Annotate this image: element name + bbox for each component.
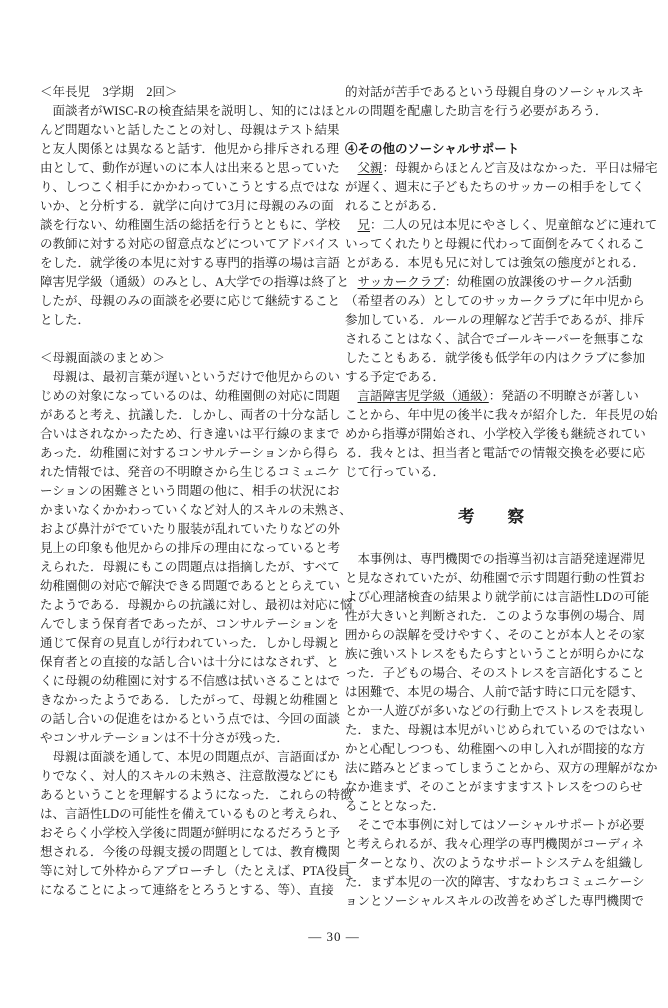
text-line: いってくれたりと母親に代わって面倒をみてくれるこ — [345, 235, 637, 254]
text-segment: った．子どもの場合、そのストレスを言語化すること — [345, 666, 645, 680]
text-segment: ョンとソーシャルスキルの改善をめざした専門機関で — [345, 894, 644, 908]
text-line: および鼻汁がでていたり服装が乱れていたりなどの外 — [40, 520, 334, 539]
section-header-hahaoya-mendan: ＜母親面談のまとめ＞ — [40, 349, 334, 368]
left-column: ＜年長児 3学期 2回＞ 面談者がWISC-Rの検査結果を説明し、知的にはほとん… — [40, 83, 334, 900]
text-line: 参加している．ルールの理解など苦手であるが、排斥 — [345, 311, 637, 330]
text-line: の教師に対する対応の留意点などについてアドバイス — [40, 235, 334, 254]
underlined-term: 兄 — [358, 218, 371, 232]
text-line: かまいなくかかわっていくなど対人的スキルの未熟さ、 — [40, 501, 334, 520]
text-segment: ることとなった． — [345, 799, 445, 813]
text-line: 保育者との直接的な話し合いは十分にはなされず、と — [40, 653, 334, 672]
text-line: 法に踏みとどまってしまうことから、双方の理解がなか — [345, 759, 637, 778]
text-segment: かと心配しつつも、幼稚園への申し入れが間接的な方 — [345, 742, 645, 756]
text-line: とした． — [40, 311, 334, 330]
text-line: （希望者のみ）としてのサッカークラブに年中児から — [345, 292, 637, 311]
text-line: の話し合いの促進をはかるという点では、今回の面談 — [40, 710, 334, 729]
page-number: — 30 — — [0, 929, 668, 945]
text-line: したが、母親のみの面談を必要に応じて継続すること — [40, 292, 334, 311]
text-segment: が遅く、週末に子どもたちのサッカーの相手をしてく — [345, 180, 645, 194]
text-segment: をした．就学後の本児に対する専門的指導の場は言語 — [40, 256, 340, 270]
text-line: 想される．今後の母親支援の問題としては、教育機関 — [40, 843, 334, 862]
text-line: ョンとソーシャルスキルの改善をめざした専門機関で — [345, 892, 637, 911]
text-segment: になることによって連絡をとろうとする、等）、直接 — [40, 883, 334, 897]
text-segment: り、しつこく相手にかかわっていこうとする点ではな — [40, 180, 340, 194]
text-line: 囲からの誤解を受けやすく、そのことが本人とその家 — [345, 626, 637, 645]
text-segment: ＜年長児 3学期 2回＞ — [40, 85, 178, 99]
text-line: と見なされていたが、幼稚園で示す問題行動の性質お — [345, 569, 637, 588]
blank-line — [345, 121, 637, 140]
text-line: たようである．母親からの抗議に対し、最初は対応に悩 — [40, 596, 334, 615]
text-line: た．また、母親は本児がいじめられているのではない — [345, 721, 637, 740]
text-segment: なか進まず、そのことがますますストレスをつのらせ — [345, 780, 643, 794]
text-segment: 母親は面談を通して、本児の問題点が、言語面ばか — [40, 750, 340, 764]
text-segment: 面談者がWISC-Rの検査結果を説明し、知的にはほと — [40, 104, 346, 118]
text-line: あるということを理解するようになった．これらの特徴 — [40, 786, 334, 805]
text-line: やコンサルテーションは不十分さが残った． — [40, 729, 334, 748]
text-segment: ルの問題を配慮した助言を行う必要があろう． — [345, 104, 608, 118]
text-segment: ：二人の兄は本児にやさしく、児童館などに連れて — [370, 218, 657, 232]
text-line: 等に対して外枠からアプローチし（たとえば、PTA役員 — [40, 862, 334, 881]
blank-line — [345, 482, 637, 501]
text-segment: と見なされていたが、幼稚園で示す問題行動の性質お — [345, 571, 645, 585]
text-segment: ：母親からほとんど言及はなかった．平日は帰宅 — [383, 161, 658, 175]
right-column: 的対話が苦手であるという母親自身のソーシャルスキルの問題を配慮した助言を行う必要… — [345, 83, 637, 911]
text-line: とか一人遊びが多いなどの行動上でストレスを表現し — [345, 702, 637, 721]
text-segment: したこともある．就学後も低学年の内はクラブに参加 — [345, 351, 645, 365]
text-segment: の話し合いの促進をはかるという点では、今回の面談 — [40, 712, 340, 726]
text-line: する予定である． — [345, 368, 637, 387]
text-segment: ＜母親面談のまとめ＞ — [40, 351, 165, 365]
text-line: 本事例は、専門機関での指導当初は言語発達遅滞児 — [345, 550, 637, 569]
text-segment: んど問題ないと話したことの対し、母親はテスト結果 — [40, 123, 340, 137]
text-line: そこで本事例に対してはソーシャルサポートが必要 — [345, 816, 637, 835]
text-segment: 本事例は、専門機関での指導当初は言語発達遅滞児 — [345, 552, 645, 566]
text-segment: んでしまう保育者であったが、コンサルテーションを — [40, 617, 339, 631]
text-line: をした．就学後の本児に対する専門的指導の場は言語 — [40, 254, 334, 273]
text-segment: したが、母親のみの面談を必要に応じて継続すること — [40, 294, 340, 308]
text-line: めから指導が開始され、小学校入学後も継続されてい — [345, 425, 637, 444]
text-segment: されることはなく、試合でゴールキーパーを無事こな — [345, 332, 644, 346]
text-segment: あるということを理解するようになった．これらの特徴 — [40, 788, 353, 802]
text-segment: 由として、動作が遅いのに本人は出来ると思っていた — [40, 161, 340, 175]
text-line: った．子どもの場合、そのストレスを言語化すること — [345, 664, 637, 683]
text-segment: 母親は、最初言葉が遅いというだけで他児からのい — [40, 370, 340, 384]
blank-line — [40, 330, 334, 349]
text-segment: とした． — [40, 313, 90, 327]
text-line: 合いはされなかったため、行き違いは平行線のままで — [40, 425, 334, 444]
text-segment: やコンサルテーションは不十分さが残った． — [40, 731, 289, 745]
text-segment: とか一人遊びが多いなどの行動上でストレスを表現し — [345, 704, 645, 718]
text-segment: ④その他のソーシャルサポート — [345, 142, 519, 156]
text-segment: 等に対して外枠からアプローチし（たとえば、PTA役員 — [40, 864, 350, 878]
text-segment: る．我々とは、担当者と電話での情報交換を必要に応 — [345, 446, 645, 460]
text-segment: 囲からの誤解を受けやすく、そのことが本人とその家 — [345, 628, 645, 642]
text-segment: れた情報では、発音の不明瞭さから生じるコミュニケ — [40, 465, 340, 479]
text-line: 幼稚園側の対応で解決できる問題であるととらえてい — [40, 577, 334, 596]
text-line: おそらく小学校入学後に問題が鮮明になるだろうと予 — [40, 824, 334, 843]
text-segment: とがある．本児も兄に対しては強気の態度がとれる． — [345, 256, 645, 270]
text-line: くに母親の幼稚園に対する不信感は拭いさることはで — [40, 672, 334, 691]
text-line: んでしまう保育者であったが、コンサルテーションを — [40, 615, 334, 634]
document-page: ＜年長児 3学期 2回＞ 面談者がWISC-Rの検査結果を説明し、知的にはほとん… — [0, 0, 668, 1008]
text-segment: じて行っている． — [345, 465, 445, 479]
text-line: じて行っている． — [345, 463, 637, 482]
text-segment: する予定である． — [345, 370, 445, 384]
text-segment: くに母親の幼稚園に対する不信感は拭いさることはで — [40, 674, 340, 688]
text-line: と考えられるが、我々心理学の専門機関がコーディネ — [345, 835, 637, 854]
heading-kousatsu: 考 察 — [345, 505, 637, 529]
text-line: したこともある．就学後も低学年の内はクラブに参加 — [345, 349, 637, 368]
text-segment: 保育者との直接的な話し合いは十分にはなされず、と — [40, 655, 339, 669]
text-line: よび心理諸検査の結果より就学前には言語性LDの可能 — [345, 588, 637, 607]
text-line: 面談者がWISC-Rの検査結果を説明し、知的にはほと — [40, 102, 334, 121]
text-segment: 参加している．ルールの理解など苦手であるが、排斥 — [345, 313, 645, 327]
text-line: る．我々とは、担当者と電話での情報交換を必要に応 — [345, 444, 637, 463]
text-line: があると考え、抗議した．しかし、両者の十分な話し — [40, 406, 334, 425]
text-segment: いってくれたりと母親に代わって面倒をみてくれるこ — [345, 237, 645, 251]
text-segment: おそらく小学校入学後に問題が鮮明になるだろうと予 — [40, 826, 340, 840]
text-segment: かまいなくかかわっていくなど対人的スキルの未熟さ、 — [40, 503, 352, 517]
text-line: 母親は面談を通して、本児の問題点が、言語面ばか — [40, 748, 334, 767]
text-line: 見上の印象も他児からの排斥の理由になっていると考 — [40, 539, 334, 558]
text-segment: りでなく、対人的スキルの未熟さ、注意散漫などにも — [40, 769, 339, 783]
text-line: ーションの困難さという問題の他に、相手の状況にお — [40, 482, 334, 501]
text-line: なか進まず、そのことがますますストレスをつのらせ — [345, 778, 637, 797]
text-line: えられた．母親にもこの問題点は指摘したが、すべて — [40, 558, 334, 577]
text-segment: 見上の印象も他児からの排斥の理由になっていると考 — [40, 541, 340, 555]
text-line: は、言語性LDの可能性を備えているものと考えられ、 — [40, 805, 334, 824]
text-segment: 談を行ない、幼稚園生活の総括を行うとともに、学校 — [40, 218, 340, 232]
text-segment: よび心理諸検査の結果より就学前には言語性LDの可能 — [345, 590, 649, 604]
text-segment: および鼻汁がでていたり服装が乱れていたりなどの外 — [40, 522, 340, 536]
text-line: 通じて保育の見直しが行われていった．しかし母親と — [40, 634, 334, 653]
text-line: かと心配しつつも、幼稚園への申し入れが間接的な方 — [345, 740, 637, 759]
text-segment: じめの対象になっているのは、幼稚園側の対応に問題 — [40, 389, 340, 403]
text-line: た．まず本児の一次的障害、すなわちコミュニケーシ — [345, 873, 637, 892]
text-segment: と考えられるが、我々心理学の専門機関がコーディネ — [345, 837, 644, 851]
text-line: 兄：二人の兄は本児にやさしく、児童館などに連れて — [345, 216, 637, 235]
text-segment: は困難で、本児の場合、人前で話す時に口元を隠す、 — [345, 685, 644, 699]
text-line: ーターとなり、次のようなサポートシステムを組織し — [345, 854, 637, 873]
text-segment: 的対話が苦手であるという母親自身のソーシャルスキ — [345, 85, 644, 99]
text-line: ルの問題を配慮した助言を行う必要があろう． — [345, 102, 637, 121]
text-line: れた情報では、発音の不明瞭さから生じるコミュニケ — [40, 463, 334, 482]
text-line: きなかったようである．したがって、母親と幼稚園と — [40, 691, 334, 710]
underlined-term: 父親 — [358, 161, 383, 175]
text-line: いか、と分析する．就学に向けて3月に母親のみの面 — [40, 197, 334, 216]
text-line: サッカークラブ：幼稚園の放課後のサークル活動 — [345, 273, 637, 292]
text-segment: は、言語性LDの可能性を備えているものと考えられ、 — [40, 807, 345, 821]
text-segment: 合いはされなかったため、行き違いは平行線のままで — [40, 427, 340, 441]
text-line: じめの対象になっているのは、幼稚園側の対応に問題 — [40, 387, 334, 406]
text-segment: ーションの困難さという問題の他に、相手の状況にお — [40, 484, 340, 498]
text-segment: 性が大きいと判断された．このような事例の場合、周 — [345, 609, 645, 623]
text-line: 性が大きいと判断された．このような事例の場合、周 — [345, 607, 637, 626]
text-segment: ：発語の不明瞭さが著しい — [489, 389, 639, 403]
text-line: は困難で、本児の場合、人前で話す時に口元を隠す、 — [345, 683, 637, 702]
blank-line — [345, 531, 637, 550]
text-segment: 通じて保育の見直しが行われていった．しかし母親と — [40, 636, 340, 650]
text-line: りでなく、対人的スキルの未熟さ、注意散漫などにも — [40, 767, 334, 786]
text-segment: ことから、年中児の後半に我々が紹介した．年長児の始 — [345, 408, 658, 422]
text-line: ることとなった． — [345, 797, 637, 816]
section-header-nenchoji: ＜年長児 3学期 2回＞ — [40, 83, 334, 102]
text-segment: 考 察 — [458, 507, 524, 526]
text-line: 言語障害児学級（通級）：発語の不明瞭さが著しい — [345, 387, 637, 406]
text-line: が遅く、週末に子どもたちのサッカーの相手をしてく — [345, 178, 637, 197]
text-segment: （希望者のみ）としてのサッカークラブに年中児から — [345, 294, 645, 308]
text-line: 母親は、最初言葉が遅いというだけで他児からのい — [40, 368, 334, 387]
text-segment: たようである．母親からの抗議に対し、最初は対応に悩 — [40, 598, 353, 612]
text-line: 父親：母親からほとんど言及はなかった．平日は帰宅 — [345, 159, 637, 178]
text-segment: えられた．母親にもこの問題点は指摘したが、すべて — [40, 560, 340, 574]
text-line: 族に強いストレスをもたらすということが明らかにな — [345, 645, 637, 664]
text-line: んど問題ないと話したことの対し、母親はテスト結果 — [40, 121, 334, 140]
subsection-heading-social-support: ④その他のソーシャルサポート — [345, 140, 637, 159]
text-line: り、しつこく相手にかかわっていこうとする点ではな — [40, 178, 334, 197]
text-line: 的対話が苦手であるという母親自身のソーシャルスキ — [345, 83, 637, 102]
text-line: 障害児学級（通級）のみとし、A大学での指導は終了と — [40, 273, 334, 292]
text-line: ことから、年中児の後半に我々が紹介した．年長児の始 — [345, 406, 637, 425]
text-line: とがある．本児も兄に対しては強気の態度がとれる． — [345, 254, 637, 273]
underlined-term: サッカークラブ — [358, 275, 445, 289]
text-segment: と友人関係とは異なると話す．他児から排斥される理 — [40, 142, 339, 156]
text-line: されることはなく、試合でゴールキーパーを無事こな — [345, 330, 637, 349]
text-segment: 幼稚園側の対応で解決できる問題であるととらえてい — [40, 579, 340, 593]
text-segment — [345, 161, 358, 175]
text-segment: 法に踏みとどまってしまうことから、双方の理解がなか — [345, 761, 658, 775]
text-segment: いか、と分析する．就学に向けて3月に母親のみの面 — [40, 199, 334, 213]
text-segment: そこで本事例に対してはソーシャルサポートが必要 — [345, 818, 645, 832]
text-line: 談を行ない、幼稚園生活の総括を行うとともに、学校 — [40, 216, 334, 235]
text-line: 由として、動作が遅いのに本人は出来ると思っていた — [40, 159, 334, 178]
text-segment: めから指導が開始され、小学校入学後も継続されてい — [345, 427, 646, 441]
text-segment: た．また、母親は本児がいじめられているのではない — [345, 723, 645, 737]
text-line: になることによって連絡をとろうとする、等）、直接 — [40, 881, 334, 900]
text-segment: の教師に対する対応の留意点などについてアドバイス — [40, 237, 339, 251]
text-segment: きなかったようである．したがって、母親と幼稚園と — [40, 693, 340, 707]
text-line: と友人関係とは異なると話す．他児から排斥される理 — [40, 140, 334, 159]
text-segment: れることがある． — [345, 199, 445, 213]
text-segment: ：幼稚園の放課後のサークル活動 — [445, 275, 632, 289]
text-line: あった．幼稚園に対するコンサルテーションから得ら — [40, 444, 334, 463]
text-segment: ーターとなり、次のようなサポートシステムを組織し — [345, 856, 644, 870]
text-segment: があると考え、抗議した．しかし、両者の十分な話し — [40, 408, 341, 422]
text-segment — [345, 218, 358, 232]
text-segment: 障害児学級（通級）のみとし、A大学での指導は終了と — [40, 275, 349, 289]
text-segment: 想される．今後の母親支援の問題としては、教育機関 — [40, 845, 340, 859]
underlined-term: 言語障害児学級（通級） — [358, 389, 489, 403]
text-segment: 族に強いストレスをもたらすということが明らかにな — [345, 647, 645, 661]
text-segment — [345, 275, 358, 289]
text-line: れることがある． — [345, 197, 637, 216]
text-segment — [345, 389, 358, 403]
text-segment: た．まず本児の一次的障害、すなわちコミュニケーシ — [345, 875, 645, 889]
text-segment: あった．幼稚園に対するコンサルテーションから得ら — [40, 446, 339, 460]
